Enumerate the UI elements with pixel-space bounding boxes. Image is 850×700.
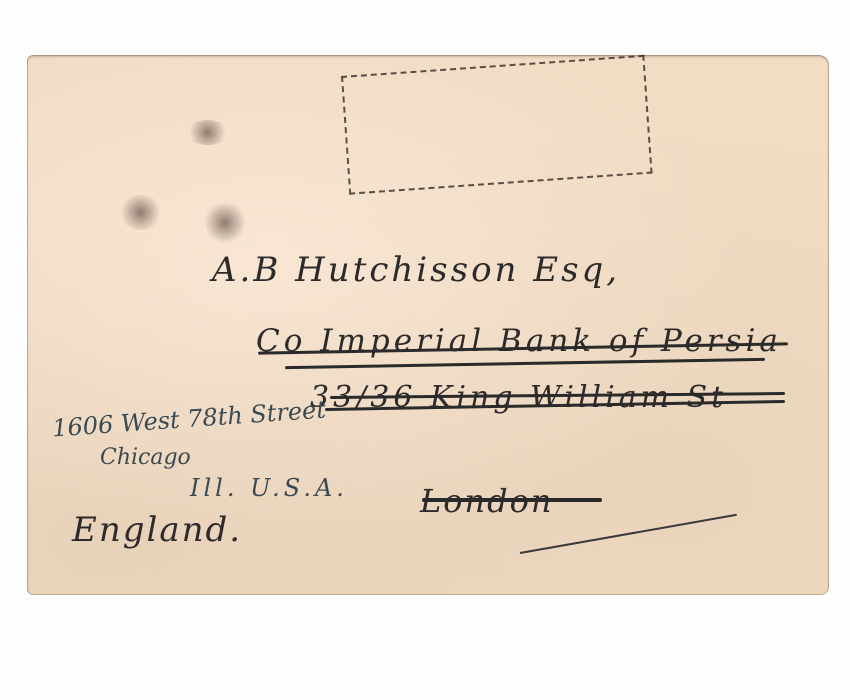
ink-smudge bbox=[205, 200, 245, 245]
forward-line-state: Ill. U.S.A. bbox=[190, 474, 348, 502]
strikethrough-city bbox=[422, 498, 602, 502]
cancellation-box bbox=[341, 55, 653, 195]
ink-smudge bbox=[185, 120, 230, 145]
forward-line-city: Chicago bbox=[100, 445, 191, 470]
addressee-name: A.B Hutchisson Esq, bbox=[212, 250, 620, 290]
address-line-bank: Co Imperial Bank of Persia bbox=[256, 323, 782, 359]
address-country: England. bbox=[72, 510, 242, 550]
ink-smudge bbox=[118, 195, 163, 230]
